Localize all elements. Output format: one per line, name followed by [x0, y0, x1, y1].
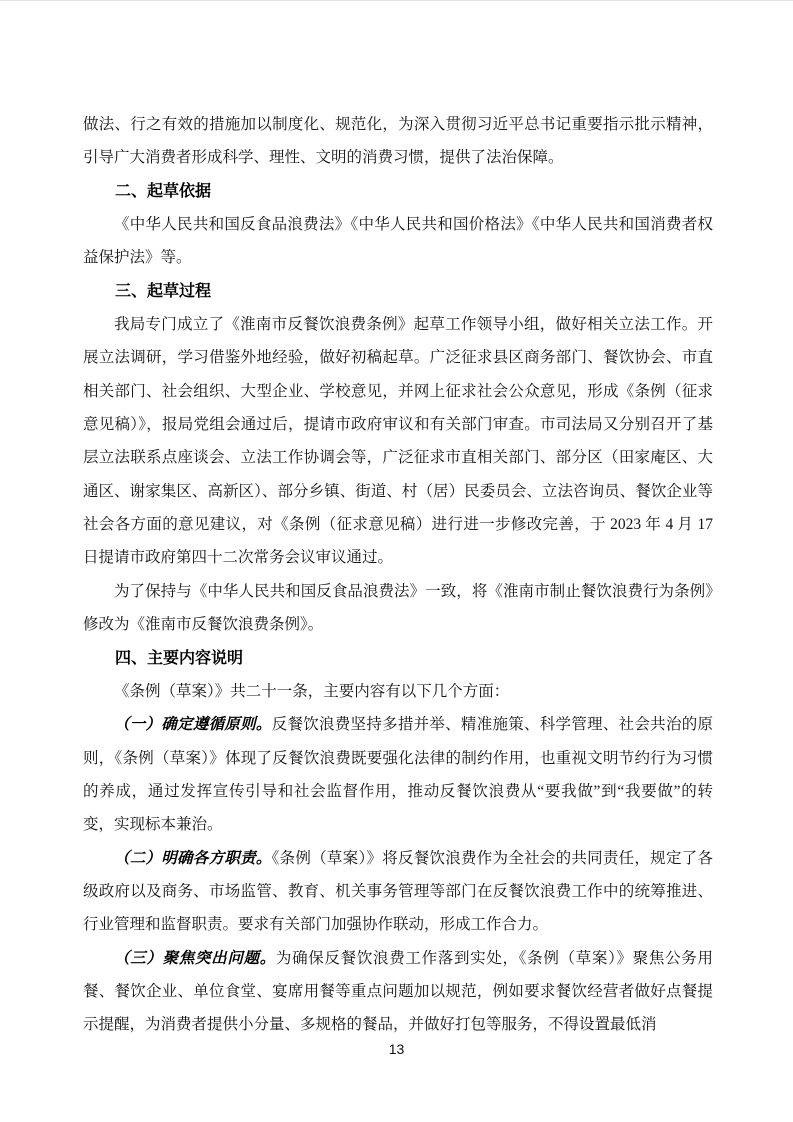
paragraph: （二）明确各方职责。《条例（草案）》将反餐饮浪费作为全社会的共同责任，规定了各级…: [83, 842, 713, 942]
document-body: 做法、行之有效的措施加以制度化、规范化，为深入贯彻习近平总书记重要指示批示精神，…: [83, 1, 713, 1042]
paragraph-lead: （一）确定遵循原则。: [114, 716, 272, 733]
paragraph: （三）聚焦突出问题。为确保反餐饮浪费工作落到实处，《条例（草案）》聚焦公务用餐、…: [83, 942, 713, 1042]
paragraph: 《条例（草案）》共二十一条，主要内容有以下几个方面：: [83, 675, 713, 708]
paragraph-lead: （二）明确各方职责。: [114, 850, 272, 867]
document-page: 做法、行之有效的措施加以制度化、规范化，为深入贯彻习近平总书记重要指示批示精神，…: [0, 0, 793, 1122]
paragraph: 《中华人民共和国反食品浪费法》《中华人民共和国价格法》《中华人民共和国消费者权益…: [83, 208, 713, 275]
section-heading: 二、起草依据: [83, 175, 713, 208]
paragraph: 为了保持与《中华人民共和国反食品浪费法》一致，将《淮南市制止餐饮浪费行为条例》修…: [83, 575, 713, 642]
section-heading: 三、起草过程: [83, 275, 713, 308]
paragraph: 我局专门成立了《淮南市反餐饮浪费条例》起草工作领导小组，做好相关立法工作。开展立…: [83, 308, 713, 575]
page-number: 13: [389, 1041, 405, 1057]
paragraph-lead: （三）聚焦突出问题。: [114, 950, 276, 967]
paragraph: （一）确定遵循原则。反餐饮浪费坚持多措并举、精准施策、科学管理、社会共治的原则，…: [83, 708, 713, 841]
paragraph: 做法、行之有效的措施加以制度化、规范化，为深入贯彻习近平总书记重要指示批示精神，…: [83, 108, 713, 175]
page-footer: 13: [0, 1039, 793, 1059]
section-heading: 四、主要内容说明: [83, 642, 713, 675]
